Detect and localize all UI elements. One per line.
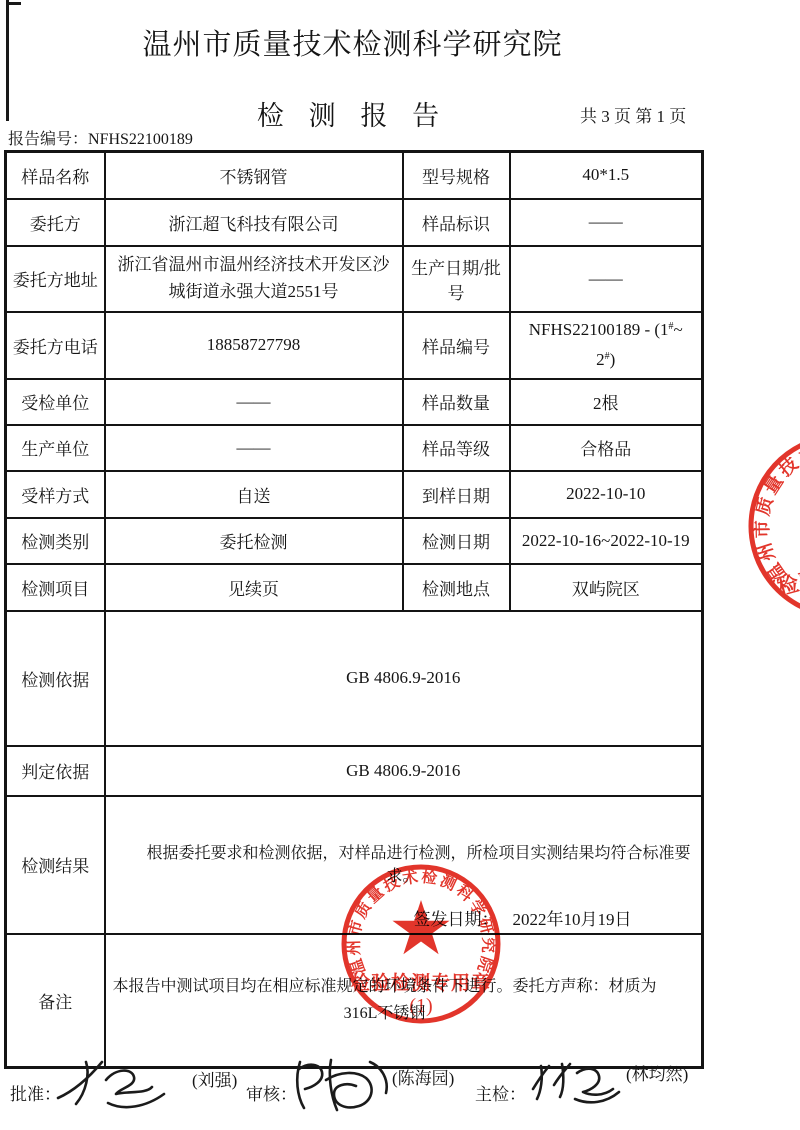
table-row: 受检单位 —— 样品数量 2根 [6, 379, 703, 425]
field-value: 不锈钢管 [105, 152, 403, 199]
field-label: 样品数量 [403, 379, 510, 425]
sample-no-part: ~ [674, 320, 683, 339]
table-row: 检测依据 GB 4806.9-2016 [6, 611, 703, 746]
page-count-indicator: 共 3 页 第 1 页 [580, 102, 686, 127]
field-label: 检测地点 [403, 564, 510, 611]
field-label: 检测日期 [403, 518, 510, 564]
table-row: 委托方电话 18858727798 样品编号 NFHS22100189 - (1… [6, 312, 703, 379]
field-label: 型号规格 [403, 152, 510, 199]
field-label: 样品名称 [6, 152, 105, 199]
report-number-label: 报告编号： [8, 131, 88, 148]
seal-star-icon [393, 900, 450, 954]
field-label: 委托方地址 [6, 246, 105, 312]
review-printed-name: (陈海园) [392, 1064, 454, 1089]
field-label: 受样方式 [6, 471, 105, 518]
report-page: 温州市质量技术检测科学研究院 检 测 报 告 共 3 页 第 1 页 报告编号：… [0, 0, 800, 1130]
field-label: 生产单位 [6, 425, 105, 471]
field-value: 2022-10-16~2022-10-19 [510, 518, 703, 564]
test-basis-value: GB 4806.9-2016 [105, 611, 703, 746]
sample-no-part: ) [610, 350, 616, 369]
table-row: 生产单位 —— 样品等级 合格品 [6, 425, 703, 471]
table-row: 委托方地址 浙江省温州市温州经济技术开发区沙城街道永强大道2551号 生产日期/… [6, 246, 703, 312]
field-value: 2根 [510, 379, 703, 425]
field-value: 40*1.5 [510, 152, 703, 199]
field-value: 浙江超飞科技有限公司 [105, 199, 403, 246]
field-label: 样品编号 [403, 312, 510, 379]
field-label: 委托方 [6, 199, 105, 246]
seal-number: (1) [409, 995, 432, 1017]
field-label: 检测依据 [6, 611, 105, 746]
field-label: 生产日期/批号 [403, 246, 510, 312]
official-seal-edge: 温州市质量技术检测科学研究院 检验检测专用章 (1) [746, 431, 800, 621]
table-row: 样品名称 不锈钢管 型号规格 40*1.5 [6, 152, 703, 199]
field-label: 检测类别 [6, 518, 105, 564]
field-label: 备注 [6, 934, 105, 1068]
chief-label: 主检： [475, 1080, 526, 1105]
seal-arc-text: 温州市质量技术检测科学研究院 [746, 431, 800, 589]
field-label: 样品等级 [403, 425, 510, 471]
field-value: —— [105, 379, 403, 425]
field-value: —— [510, 199, 703, 246]
field-value: 浙江省温州市温州经济技术开发区沙城街道永强大道2551号 [105, 246, 403, 312]
field-value: —— [105, 425, 403, 471]
field-value: 18858727798 [105, 312, 403, 379]
issue-date-value: 2022年10月19日 [513, 910, 632, 929]
field-label: 样品标识 [403, 199, 510, 246]
field-value: 合格品 [510, 425, 703, 471]
organization-title: 温州市质量技术检测科学研究院 [0, 22, 705, 63]
field-value: 委托检测 [105, 518, 403, 564]
table-row: 委托方 浙江超飞科技有限公司 样品标识 —— [6, 199, 703, 246]
field-value-sample-number: NFHS22100189 - (1#~2#) [510, 312, 703, 379]
report-number-value: NFHS22100189 [88, 131, 193, 148]
signature-linjunran [526, 1058, 624, 1106]
official-seal: 温州市质量技术检测科学研究院 检验检测专用章 (1) [336, 859, 506, 1029]
field-value: 双屿院区 [510, 564, 703, 611]
table-row: 受样方式 自送 到样日期 2022-10-10 [6, 471, 703, 518]
signature-chenhaiyuan [288, 1052, 396, 1114]
field-value: 见续页 [105, 564, 403, 611]
signature-liuqiang [52, 1056, 172, 1114]
judgment-basis-value: GB 4806.9-2016 [105, 746, 703, 796]
field-label: 检测项目 [6, 564, 105, 611]
field-value: —— [510, 246, 703, 312]
report-number-line: 报告编号：NFHS22100189 [8, 126, 193, 149]
field-value: 自送 [105, 471, 403, 518]
approve-printed-name: (刘强) [192, 1066, 237, 1091]
seal-band-text: 检验检测专用章 [351, 971, 491, 994]
field-label: 检测结果 [6, 796, 105, 934]
seal-star-icon [796, 468, 800, 546]
table-row: 检测项目 见续页 检测地点 双屿院区 [6, 564, 703, 611]
field-value: 2022-10-10 [510, 471, 703, 518]
field-label: 受检单位 [6, 379, 105, 425]
sample-no-part: NFHS22100189 - (1 [529, 320, 669, 339]
field-label: 委托方电话 [6, 312, 105, 379]
field-label: 判定依据 [6, 746, 105, 796]
table-row: 判定依据 GB 4806.9-2016 [6, 746, 703, 796]
scan-artifact-horizontal [6, 2, 21, 5]
field-label: 到样日期 [403, 471, 510, 518]
sample-no-part: 2 [596, 350, 605, 369]
chief-printed-name: (林均然) [626, 1060, 688, 1085]
table-row: 检测类别 委托检测 检测日期 2022-10-16~2022-10-19 [6, 518, 703, 564]
